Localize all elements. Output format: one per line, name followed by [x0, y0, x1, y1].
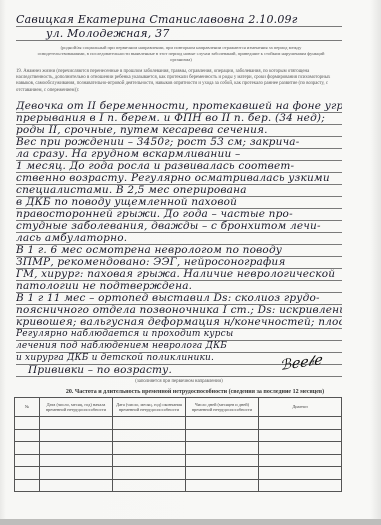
scan-bottom-edge — [0, 519, 381, 525]
disability-table: № Дата (число, месяц, год) начала времен… — [14, 397, 342, 492]
patient-address: ул. Молодежная, 37 — [46, 28, 170, 40]
cell — [113, 479, 186, 492]
cell — [186, 442, 259, 455]
section-19-heading: 19. Анамнез жизни (перечисляются перенес… — [16, 69, 342, 94]
cell — [40, 454, 113, 467]
cell — [40, 479, 113, 492]
cell — [259, 429, 342, 442]
cell — [186, 417, 259, 430]
cell — [186, 454, 259, 467]
cell — [259, 454, 342, 467]
table-row — [15, 454, 342, 467]
cell — [113, 467, 186, 480]
cell — [15, 429, 40, 442]
table-header-row: № Дата (число, месяц, год) начала времен… — [15, 398, 342, 417]
header-note-line: организма) — [16, 57, 346, 63]
footnote-primary-referral: (заполняется при первичном направлении) — [16, 379, 342, 385]
cell — [259, 479, 342, 492]
cell — [113, 442, 186, 455]
cell — [15, 454, 40, 467]
cell — [40, 467, 113, 480]
cell — [186, 429, 259, 442]
cell — [15, 467, 40, 480]
cell — [15, 417, 40, 430]
patient-name-line: Савицкая Екатерина Станиславовна 2.10.09… — [16, 14, 342, 27]
col-diagnosis: Диагноз — [259, 398, 342, 417]
cell — [186, 479, 259, 492]
cell — [186, 467, 259, 480]
cell — [113, 417, 186, 430]
cell — [113, 454, 186, 467]
cell — [259, 467, 342, 480]
cell — [15, 442, 40, 455]
col-end-date: Дата (число, месяц, год) окончания време… — [113, 398, 186, 417]
cell — [259, 417, 342, 430]
scanned-form-page: Савицкая Екатерина Станиславовна 2.10.09… — [0, 0, 381, 525]
cell — [40, 417, 113, 430]
cell — [113, 429, 186, 442]
col-start-date: Дата (число, месяц, год) начала временно… — [40, 398, 113, 417]
table-row — [15, 467, 342, 480]
patient-name: Савицкая Екатерина Станиславовна 2.10.09… — [16, 14, 298, 26]
table-row — [15, 479, 342, 492]
address-line: ул. Молодежная, 37 — [16, 28, 342, 41]
cell — [259, 442, 342, 455]
table-row — [15, 442, 342, 455]
section-20-title: 20. Частота и длительность временной нет… — [45, 389, 345, 395]
cell — [15, 479, 40, 492]
col-days: Число дней (месяцев и дней) временной не… — [186, 398, 259, 417]
table-row — [15, 429, 342, 442]
cell — [40, 429, 113, 442]
col-number: № — [15, 398, 40, 417]
header-note: (родной/ая социальный при первичном напр… — [16, 45, 346, 63]
table-row — [15, 417, 342, 430]
cell — [40, 442, 113, 455]
